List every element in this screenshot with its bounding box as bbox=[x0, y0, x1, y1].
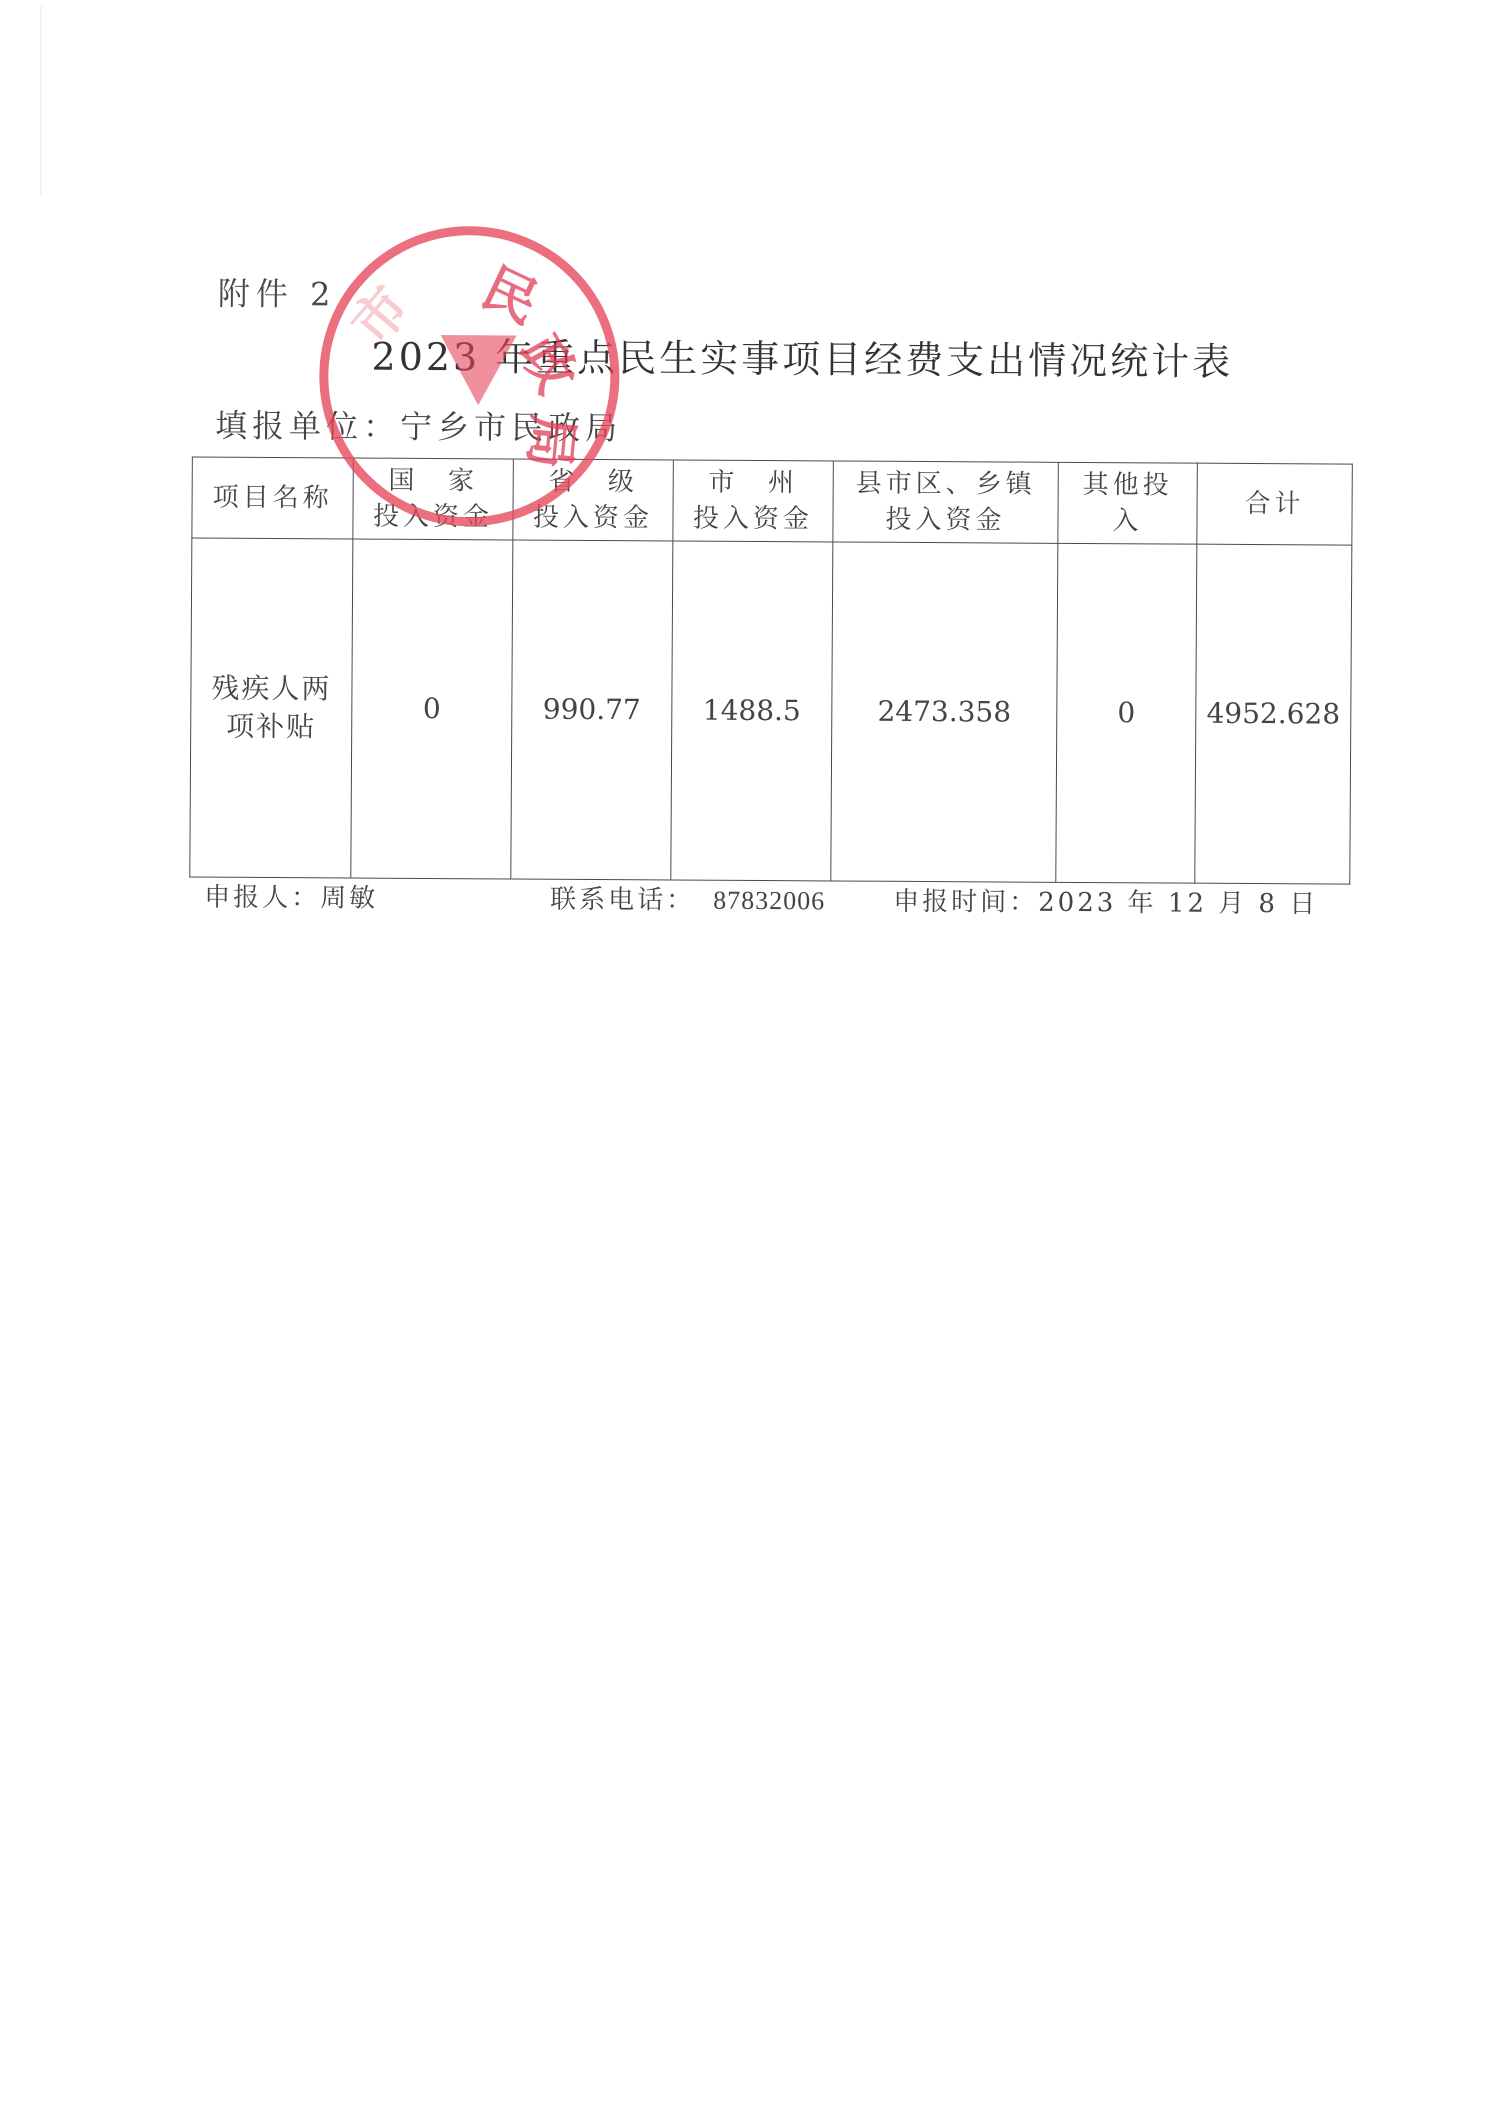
footer-reporter: 申报人：周敏 bbox=[204, 877, 378, 915]
cell-other-funds: 0 bbox=[1056, 543, 1197, 883]
phone-label: 联系电话： bbox=[550, 885, 695, 916]
document-title: 2023 年重点民生实事项目经费支出情况统计表 bbox=[371, 326, 1233, 386]
document-page: 附件 2 2023 年重点民生实事项目经费支出情况统计表 填报单位：宁乡市民政局… bbox=[0, 0, 1487, 2102]
cell-project-name: 残疾人两 项补贴 bbox=[190, 538, 353, 878]
footer-date: 申报时间：2023 年 12 月 8 日 bbox=[893, 881, 1318, 921]
table-header-row: 项目名称 国 家 投入资金 省 级 投入资金 bbox=[192, 457, 1352, 545]
reporting-unit-label: 填报单位： bbox=[215, 407, 400, 446]
header-provincial-funds: 省 级 投入资金 bbox=[513, 459, 673, 541]
cell-city-prefecture-funds: 1488.5 bbox=[671, 541, 833, 881]
date-label: 申报时间： bbox=[893, 887, 1038, 918]
reporter-label: 申报人： bbox=[204, 883, 320, 914]
header-national-funds: 国 家 投入资金 bbox=[353, 458, 513, 540]
phone-number: 87832006 bbox=[713, 886, 825, 916]
table-row: 残疾人两 项补贴 0 990.77 1488.5 2473.358 0 4952… bbox=[190, 538, 1352, 884]
cell-total: 4952.628 bbox=[1195, 544, 1352, 884]
header-project-name: 项目名称 bbox=[192, 457, 353, 539]
cell-national-funds: 0 bbox=[351, 539, 513, 879]
header-city-prefecture-funds: 市 州 投入资金 bbox=[673, 460, 833, 542]
reporting-unit-value: 宁乡市民政局 bbox=[400, 408, 622, 447]
attachment-label: 附件 2 bbox=[218, 269, 337, 316]
footer-phone: 联系电话：87832006 bbox=[550, 879, 825, 918]
seal-char: 民 bbox=[471, 246, 553, 339]
header-county-township-funds: 县市区、乡镇 投入资金 bbox=[833, 461, 1058, 543]
reporting-unit-line: 填报单位：宁乡市民政局 bbox=[215, 401, 622, 449]
report-date: 2023 年 12 月 8 日 bbox=[1038, 888, 1318, 920]
expenditure-table: 项目名称 国 家 投入资金 省 级 投入资金 bbox=[189, 457, 1353, 885]
cell-county-township-funds: 2473.358 bbox=[831, 542, 1058, 882]
header-total: 合计 bbox=[1197, 463, 1352, 545]
reporter-name: 周敏 bbox=[320, 883, 378, 913]
cell-provincial-funds: 990.77 bbox=[511, 540, 673, 880]
header-other-funds: 其他投 入 bbox=[1058, 462, 1197, 544]
